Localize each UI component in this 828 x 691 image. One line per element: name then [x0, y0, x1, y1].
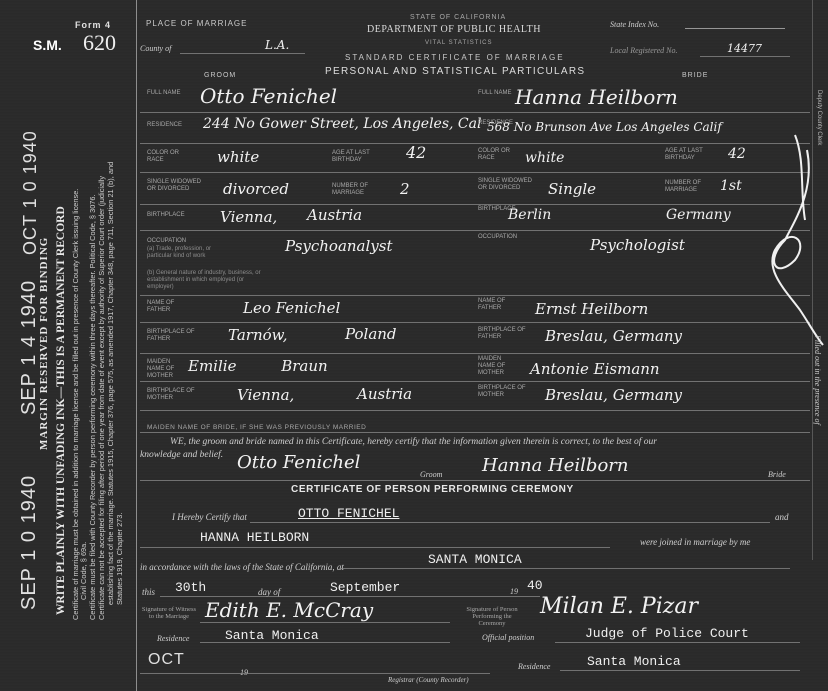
groom-father-birthplace-label: BIRTHPLACE OF FATHER [147, 329, 195, 343]
row-line [140, 432, 810, 433]
witness-residence-label: Residence [157, 634, 189, 643]
bride-color-label: COLOR OR RACE [478, 148, 518, 162]
margin-border [136, 0, 137, 691]
row-line [140, 410, 810, 411]
bride-typed-name: HANNA HEILBORN [200, 530, 309, 545]
registrar-label: Registrar (County Recorder) [388, 676, 469, 684]
ceremony-day: 30th [175, 580, 206, 595]
bride-occupation-label: OCCUPATION [478, 234, 517, 241]
county-line [180, 53, 305, 54]
state-label: STATE OF CALIFORNIA [410, 14, 506, 21]
groom-residence-label: RESIDENCE [147, 122, 182, 129]
officiant-label: Signature of Person Performing the Cerem… [462, 606, 522, 627]
groom-residence: 244 No Gower Street, Los Angeles, Cal [203, 116, 481, 132]
filled-out-presence-label: Filled out in the presence of [813, 335, 822, 425]
row-line [140, 480, 810, 481]
groom-marriage-number: 2 [400, 180, 410, 198]
groom-birthplace-city: Vienna, [220, 208, 277, 226]
fill-line [555, 642, 800, 643]
bride-birthplace-country: Germany [666, 207, 731, 223]
official-position-label: Official position [482, 633, 534, 642]
groom-occupation-label: OCCUPATION [147, 238, 186, 245]
groom-mother-maiden: Emilie Braun [188, 357, 328, 375]
groom-full-name: Otto Fenichel [200, 84, 337, 108]
state-index-label: State Index No. [610, 20, 659, 29]
groom-mother-birth-country: Austria [357, 385, 412, 403]
fill-line [160, 596, 540, 597]
fill-line [340, 568, 790, 569]
bride-mother-maiden-label: MAIDEN NAME OF MOTHER [478, 356, 516, 377]
bride-mother-birth: Breslau, Germany [545, 386, 682, 404]
bride-color: white [525, 150, 564, 166]
groom-marital-status: divorced [223, 180, 289, 198]
bride-residence-label: RESIDENCE [478, 120, 513, 127]
groom-mother-birth-city: Vienna, [237, 386, 294, 404]
year-prefix: 19 [510, 587, 518, 596]
groom-typed-name: OTTO FENICHEL [298, 506, 399, 521]
marriage-certificate: Form 4 S.M. 620 SEP 1 0 1940 SEP 1 4 194… [0, 0, 828, 691]
certificate-subtitle: PERSONAL AND STATISTICAL PARTICULARS [325, 66, 585, 77]
groom-color-label: COLOR OR RACE [147, 150, 187, 164]
place-of-marriage-label: PLACE OF MARRIAGE [146, 20, 247, 28]
officiant-residence: Santa Monica [587, 654, 681, 669]
margin-note-1: Certificate of marriage must be obtained… [72, 189, 79, 620]
row-line [140, 172, 810, 173]
fill-line [140, 673, 490, 674]
margin-note-3: Certificate can not be accepted for fili… [98, 176, 105, 620]
bride-marital-status: Single [548, 180, 596, 198]
bride-signature-label: Bride [768, 470, 786, 479]
groom-age-label: AGE AT LAST BIRTHDAY [332, 150, 382, 164]
groom-birthplace-label: BIRTHPLACE [147, 212, 185, 219]
margin-note-2: Certificate must be filed with County Re… [89, 194, 96, 620]
bride-father-birthplace-label: BIRTHPLACE OF FATHER [478, 327, 526, 341]
bride-father-name-label: NAME OF FATHER [478, 298, 514, 312]
row-line [140, 353, 810, 354]
row-line [140, 230, 810, 231]
bride-residence: 568 No Brunson Ave Los Angeles Calif [487, 120, 722, 134]
bride-age-label: AGE AT LAST BIRTHDAY [665, 148, 713, 162]
ceremony-heading: CERTIFICATE OF PERSON PERFORMING CEREMON… [291, 484, 574, 495]
this-label: this [142, 587, 155, 597]
bride-marriage-number-label: NUMBER OF MARRIAGE [665, 180, 710, 194]
form-number: 620 [83, 30, 116, 56]
bride-occupation: Psychologist [590, 236, 685, 254]
groom-color: white [217, 148, 259, 166]
margin-note-1b: Civil Code, § 69a. [80, 542, 87, 600]
bride-heading: BRIDE [682, 72, 708, 80]
bride-marital-label: SINGLE WIDOWED OR DIVORCED [478, 178, 533, 192]
ceremony-year: 40 [527, 578, 543, 593]
witness-signature: Edith E. McCray [205, 598, 373, 622]
permanent-record-warning: WRITE PLAINLY WITH UNFADING INK—THIS IS … [55, 206, 67, 615]
fill-line [200, 622, 450, 623]
groom-father-name: Leo Fenichel [243, 299, 340, 317]
and-label: and [775, 512, 789, 522]
fill-line [200, 642, 450, 643]
department-label: DEPARTMENT OF PUBLIC HEALTH [367, 24, 541, 35]
bride-mother-maiden: Antonie Eismann [530, 360, 660, 378]
groom-mother-birthplace-label: BIRTHPLACE OF MOTHER [147, 388, 195, 402]
bride-father-birth: Breslau, Germany [545, 327, 682, 345]
bride-marriage-number: 1st [720, 178, 742, 194]
bride-mother-birthplace-label: BIRTHPLACE OF MOTHER [478, 385, 526, 399]
certify-statement: WE, the groom and bride named in this Ce… [170, 437, 657, 447]
certify-statement-2: knowledge and belief. [140, 450, 223, 460]
certificate-title: STANDARD CERTIFICATE OF MARRIAGE [345, 54, 565, 62]
officiant-residence-label: Residence [518, 662, 550, 671]
form-label: Form 4 [75, 20, 111, 30]
local-registered-line [700, 56, 790, 57]
date-stamp-sep-10: SEP 1 0 1940 [18, 475, 41, 610]
county-value: L.A. [265, 38, 289, 52]
groom-birthplace-country: Austria [307, 206, 362, 224]
officiant-signature: Milan E. Pizar [540, 594, 698, 619]
groom-father-birth-city: Tarnów, [228, 326, 287, 344]
hereby-certify-label: I Hereby Certify that [172, 512, 247, 522]
groom-mother-maiden-label: MAIDEN NAME OF MOTHER [147, 359, 185, 380]
margin-note-3c: Statutes 1919, Chapter 273. [116, 513, 123, 605]
bureau-label: VITAL STATISTICS [425, 40, 492, 47]
county-label: County of [140, 44, 171, 53]
bride-signature: Hanna Heilborn [482, 455, 629, 476]
bride-age: 42 [728, 146, 746, 162]
laws-label: in accordance with the laws of the State… [140, 562, 344, 572]
groom-occupation-b: (b) General nature of industry, business… [147, 270, 262, 291]
row-line [140, 204, 810, 205]
joined-label: were joined in marriage by me [640, 537, 750, 547]
groom-marriage-number-label: NUMBER OF MARRIAGE [332, 183, 377, 197]
row-line [140, 295, 810, 296]
groom-signature: Otto Fenichel [237, 452, 360, 473]
row-line [140, 381, 810, 382]
bride-full-name-label: FULL NAME [478, 90, 511, 97]
groom-heading: GROOM [204, 72, 236, 80]
state-index-line [685, 28, 785, 29]
fill-line [140, 547, 610, 548]
local-registered-value: 14477 [727, 42, 762, 55]
row-line [140, 143, 810, 144]
bride-full-name: Hanna Heilborn [515, 85, 678, 109]
row-line [140, 322, 810, 323]
margin-reserved-label: MARGIN RESERVED FOR BINDING [38, 237, 50, 450]
deputy-clerk-label: Deputy County Clerk [816, 90, 822, 145]
groom-full-name-label: FULL NAME [147, 90, 180, 97]
groom-occupation: Psychoanalyst [285, 237, 393, 255]
row-line [140, 112, 810, 113]
groom-signature-label: Groom [420, 470, 442, 479]
groom-age: 42 [406, 143, 426, 162]
groom-occupation-a: (a) Trade, profession, or particular kin… [147, 246, 232, 260]
witness-residence: Santa Monica [225, 628, 319, 643]
fill-line [560, 670, 800, 671]
groom-marital-label: SINGLE WIDOWED OR DIVORCED [147, 179, 202, 193]
filed-stamp: OCT [148, 651, 185, 669]
fill-line [250, 522, 770, 523]
groom-father-birth-country: Poland [345, 325, 397, 343]
groom-father-name-label: NAME OF FATHER [147, 300, 183, 314]
local-registered-label: Local Registered No. [610, 46, 677, 55]
bride-father-name: Ernst Heilborn [535, 300, 648, 318]
witness-label: Signature of Witness to the Marriage [140, 606, 198, 620]
official-position: Judge of Police Court [585, 626, 749, 641]
ceremony-place: SANTA MONICA [428, 552, 522, 567]
ceremony-month: September [330, 580, 400, 595]
bride-birthplace-label: BIRTHPLACE [478, 206, 516, 213]
bride-previous-maiden-label: MAIDEN NAME OF BRIDE, IF SHE WAS PREVIOU… [147, 424, 366, 431]
deputy-clerk-signature [755, 130, 825, 350]
margin-note-3b: establishing fact of the marriage. Statu… [107, 162, 114, 605]
initials-stamp: S.M. [33, 37, 62, 53]
